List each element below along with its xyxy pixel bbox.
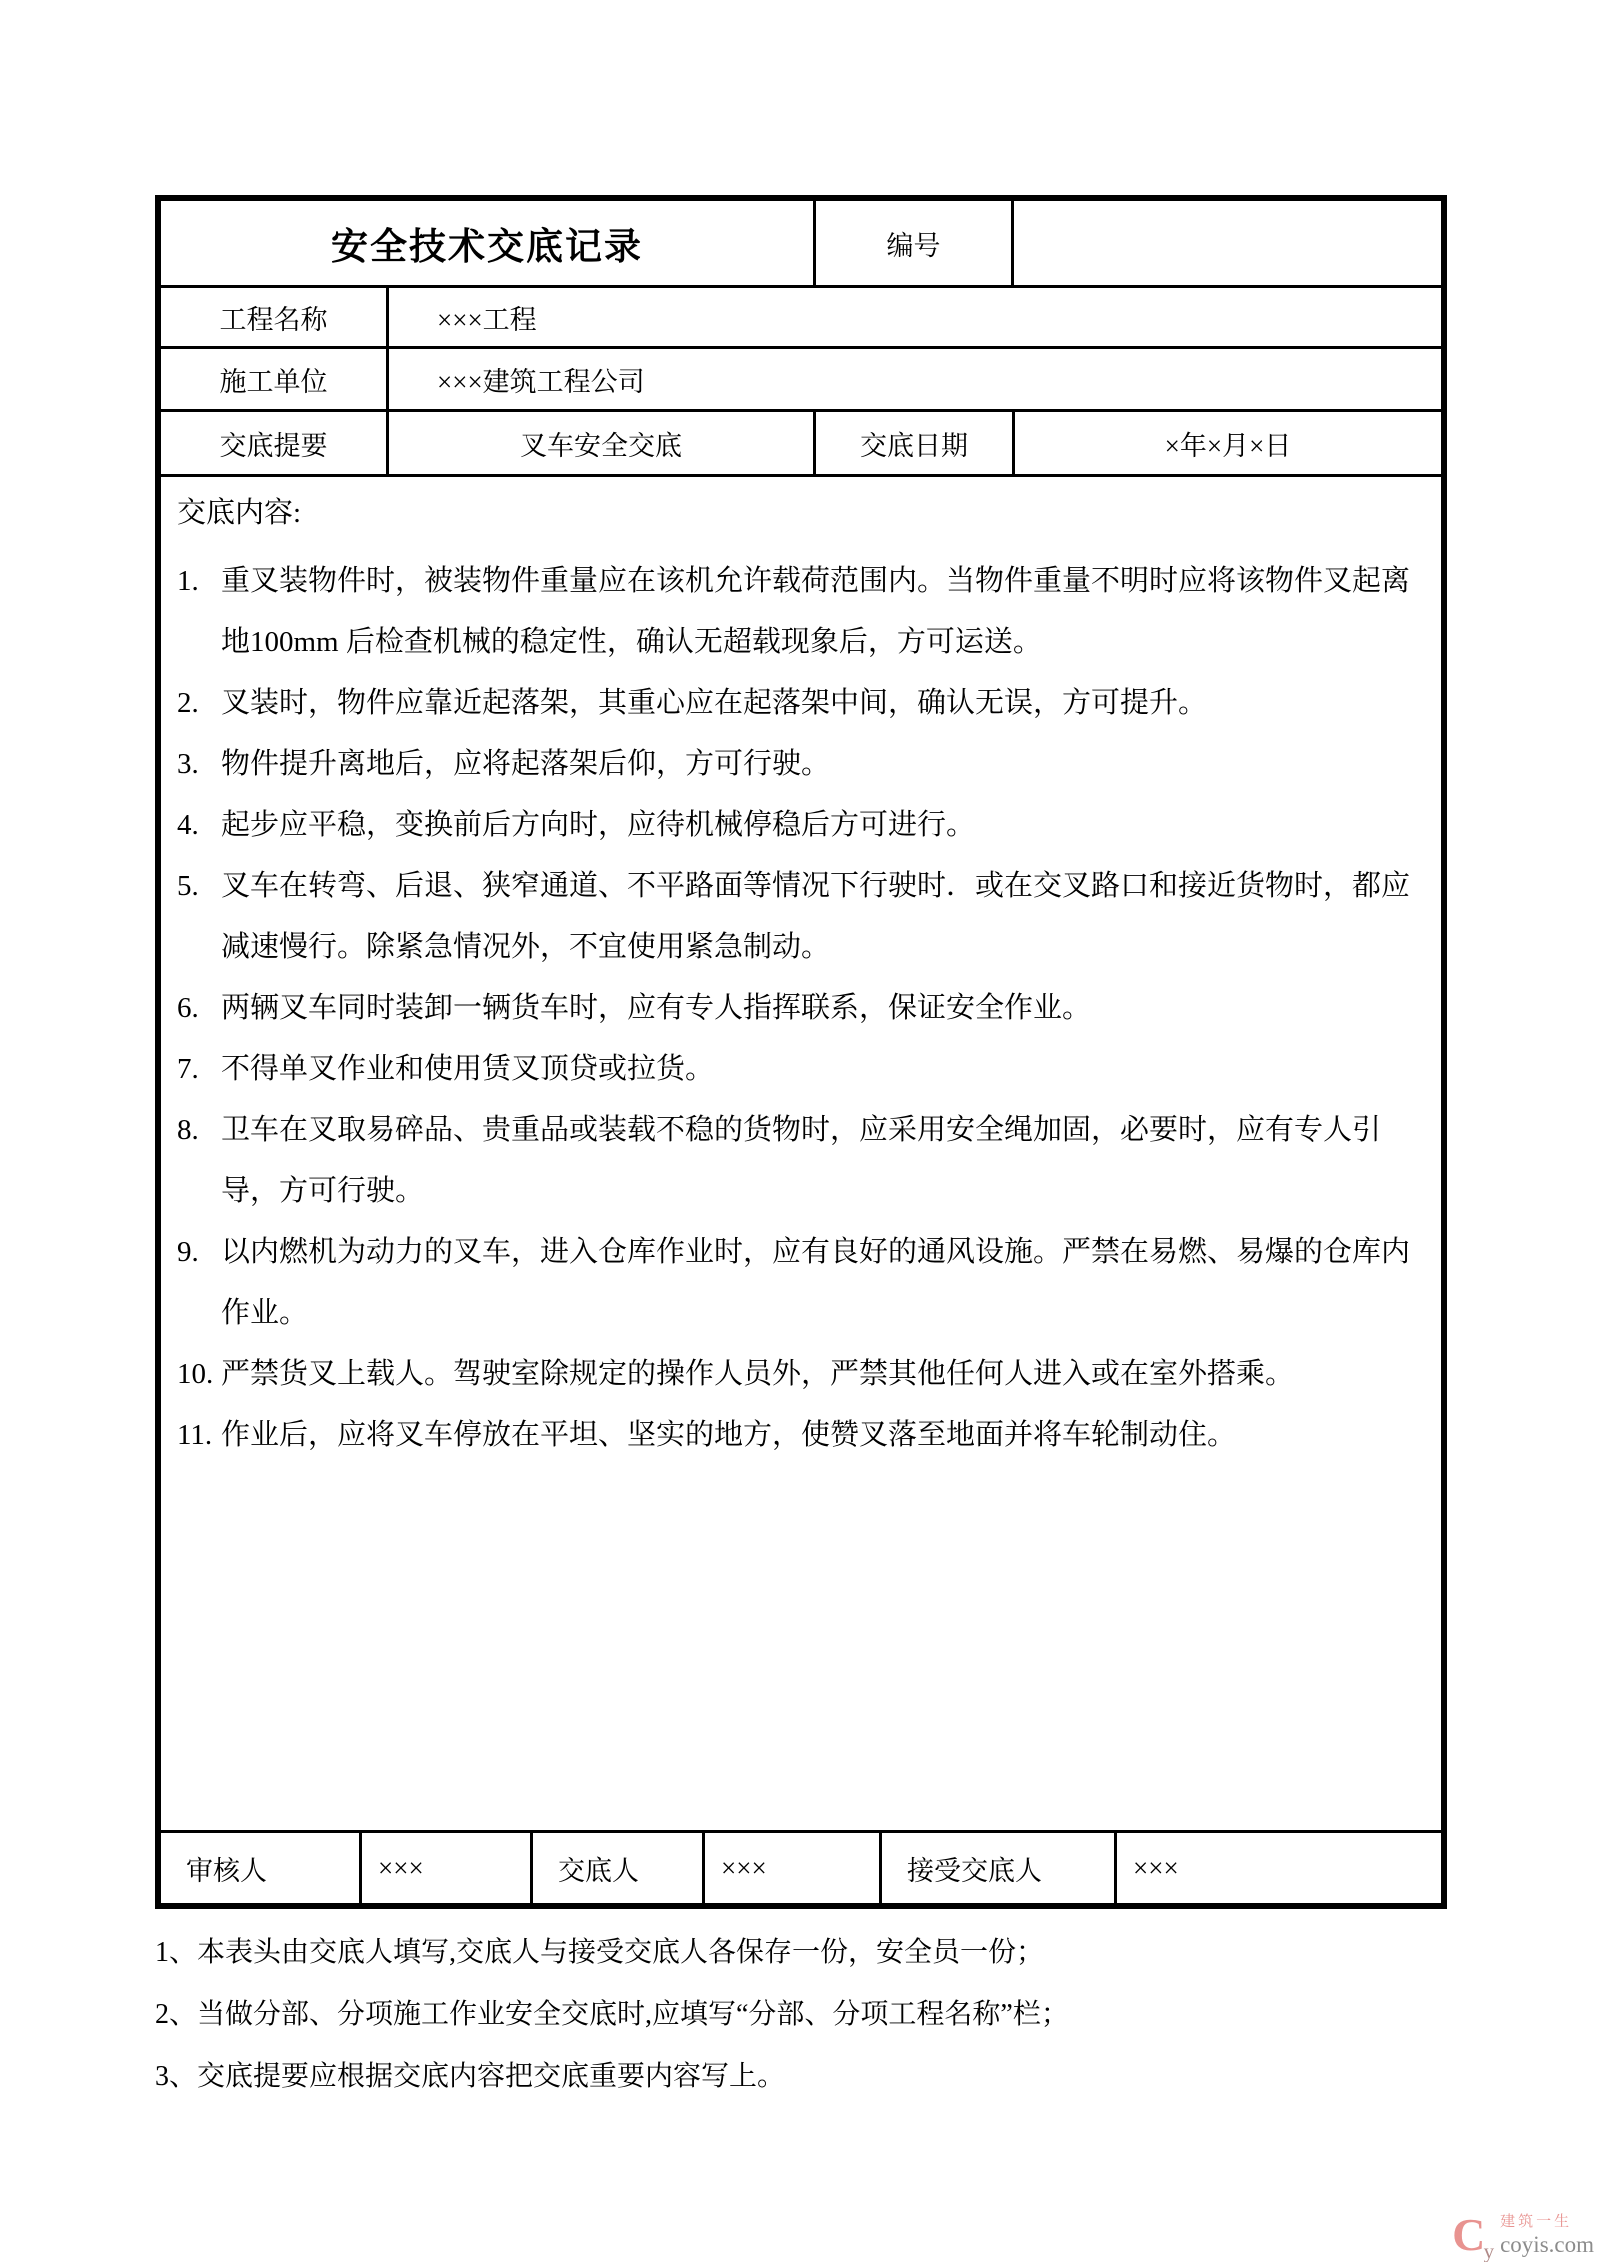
item-number: 3. (177, 734, 221, 795)
list-item: 2.叉装时，物件应靠近起落架，其重心应在起落架中间，确认无误，方可提升。 (177, 673, 1423, 734)
number-label: 编号 (816, 201, 1014, 285)
form-title: 安全技术交底记录 (161, 201, 816, 285)
project-value: ×××工程 (389, 288, 1441, 346)
item-text: 卫车在叉取易碎品、贵重品或装载不稳的货物时，应采用安全绳加固，必要时，应有专人引… (221, 1114, 1381, 1207)
discloser-value: ××× (705, 1833, 882, 1903)
project-row: 工程名称 ×××工程 (161, 288, 1441, 349)
item-text: 严禁货叉上载人。驾驶室除规定的操作人员外，严禁其他任何人进入或在室外搭乘。 (221, 1358, 1294, 1390)
footer-note: 2、当做分部、分项施工作业安全交底时,应填写“分部、分项工程名称”栏； (155, 1984, 1455, 2046)
list-item: 7.不得单叉作业和使用赁叉顶贷或拉货。 (177, 1039, 1423, 1100)
unit-label: 施工单位 (161, 349, 389, 409)
date-label: 交底日期 (816, 412, 1015, 474)
item-number: 6. (177, 978, 221, 1039)
list-item: 11.作业后，应将叉车停放在平坦、坚实的地方，使赞叉落至地面并将车轮制动住。 (177, 1405, 1423, 1466)
signature-row: 审核人 ××× 交底人 ××× 接受交底人 ××× (161, 1833, 1441, 1903)
receiver-value: ××× (1117, 1833, 1441, 1903)
item-text: 起步应平稳，变换前后方向时，应待机械停稳后方可进行。 (221, 809, 975, 841)
reviewer-value: ××× (362, 1833, 533, 1903)
content-row: 交底内容: 1.重叉装物件时，被装物件重量应在该机允许载荷范围内。当物件重量不明… (161, 477, 1441, 1833)
unit-row: 施工单位 ×××建筑工程公司 (161, 349, 1441, 412)
list-item: 6.两辆叉车同时装卸一辆货车时，应有专人指挥联系，保证安全作业。 (177, 978, 1423, 1039)
discloser-label: 交底人 (533, 1833, 705, 1903)
list-item: 4.起步应平稳，变换前后方向时，应待机械停稳后方可进行。 (177, 795, 1423, 856)
summary-row: 交底提要 叉车安全交底 交底日期 ×年×月×日 (161, 412, 1441, 477)
watermark-text: 建筑一生 coyis.com (1500, 2212, 1594, 2258)
document-page: 安全技术交底记录 编号 工程名称 ×××工程 施工单位 ×××建筑工程公司 交底… (0, 0, 1600, 2262)
footer-notes: 1、本表头由交底人填写,交底人与接受交底人各保存一份，安全员一份； 2、当做分部… (155, 1922, 1455, 2108)
item-text: 两辆叉车同时装卸一辆货车时，应有专人指挥联系，保证安全作业。 (221, 992, 1091, 1024)
disclosure-content: 交底内容: 1.重叉装物件时，被装物件重量应在该机允许载荷范围内。当物件重量不明… (161, 477, 1441, 1830)
footer-note: 1、本表头由交底人填写,交底人与接受交底人各保存一份，安全员一份； (155, 1922, 1455, 1984)
date-value: ×年×月×日 (1015, 412, 1441, 474)
summary-value: 叉车安全交底 (389, 412, 816, 474)
item-text: 重叉装物件时，被装物件重量应在该机允许载荷范围内。当物件重量不明时应将该物件叉起… (221, 565, 1410, 658)
unit-value: ×××建筑工程公司 (389, 349, 1441, 409)
item-text: 叉装时，物件应靠近起落架，其重心应在起落架中间，确认无误，方可提升。 (221, 687, 1207, 719)
title-row: 安全技术交底记录 编号 (161, 201, 1441, 288)
list-item: 5.叉车在转弯、后退、狭窄通道、不平路面等情况下行驶时．或在交叉路口和接近货物时… (177, 856, 1423, 978)
list-item: 9.以内燃机为动力的叉车，进入仓库作业时，应有良好的通风设施。严禁在易燃、易爆的… (177, 1222, 1423, 1344)
cy-logo-icon: C y (1452, 2212, 1494, 2258)
item-number: 4. (177, 795, 221, 856)
project-label: 工程名称 (161, 288, 389, 346)
item-number: 1. (177, 551, 221, 612)
item-text: 不得单叉作业和使用赁叉顶贷或拉货。 (221, 1053, 714, 1085)
item-text: 物件提升离地后，应将起落架后仰，方可行驶。 (221, 748, 830, 780)
item-number: 11. (177, 1405, 221, 1466)
watermark-domain: coyis.com (1500, 2232, 1594, 2258)
number-value (1014, 201, 1441, 285)
item-text: 作业后，应将叉车停放在平坦、坚实的地方，使赞叉落至地面并将车轮制动住。 (221, 1419, 1236, 1451)
item-number: 7. (177, 1039, 221, 1100)
item-text: 叉车在转弯、后退、狭窄通道、不平路面等情况下行驶时．或在交叉路口和接近货物时，都… (221, 870, 1410, 963)
receiver-label: 接受交底人 (882, 1833, 1117, 1903)
logo-letter-c: C (1452, 2212, 1485, 2258)
item-number: 2. (177, 673, 221, 734)
content-heading: 交底内容: (177, 487, 1423, 539)
safety-disclosure-form: 安全技术交底记录 编号 工程名称 ×××工程 施工单位 ×××建筑工程公司 交底… (155, 195, 1447, 1909)
item-number: 10. (177, 1344, 221, 1405)
summary-label: 交底提要 (161, 412, 389, 474)
list-item: 1.重叉装物件时，被装物件重量应在该机允许载荷范围内。当物件重量不明时应将该物件… (177, 551, 1423, 673)
item-number: 9. (177, 1222, 221, 1283)
coyis-watermark: C y 建筑一生 coyis.com (1452, 2212, 1594, 2258)
item-number: 8. (177, 1100, 221, 1161)
logo-letter-y: y (1484, 2241, 1495, 2262)
list-item: 3.物件提升离地后，应将起落架后仰，方可行驶。 (177, 734, 1423, 795)
list-item: 8.卫车在叉取易碎品、贵重品或装载不稳的货物时，应采用安全绳加固，必要时，应有专… (177, 1100, 1423, 1222)
watermark-brand: 建筑一生 (1500, 2212, 1572, 2232)
item-text: 以内燃机为动力的叉车，进入仓库作业时，应有良好的通风设施。严禁在易燃、易爆的仓库… (221, 1236, 1410, 1329)
item-number: 5. (177, 856, 221, 917)
reviewer-label: 审核人 (161, 1833, 362, 1903)
list-item: 10.严禁货叉上载人。驾驶室除规定的操作人员外，严禁其他任何人进入或在室外搭乘。 (177, 1344, 1423, 1405)
footer-note: 3、交底提要应根据交底内容把交底重要内容写上。 (155, 2046, 1455, 2108)
